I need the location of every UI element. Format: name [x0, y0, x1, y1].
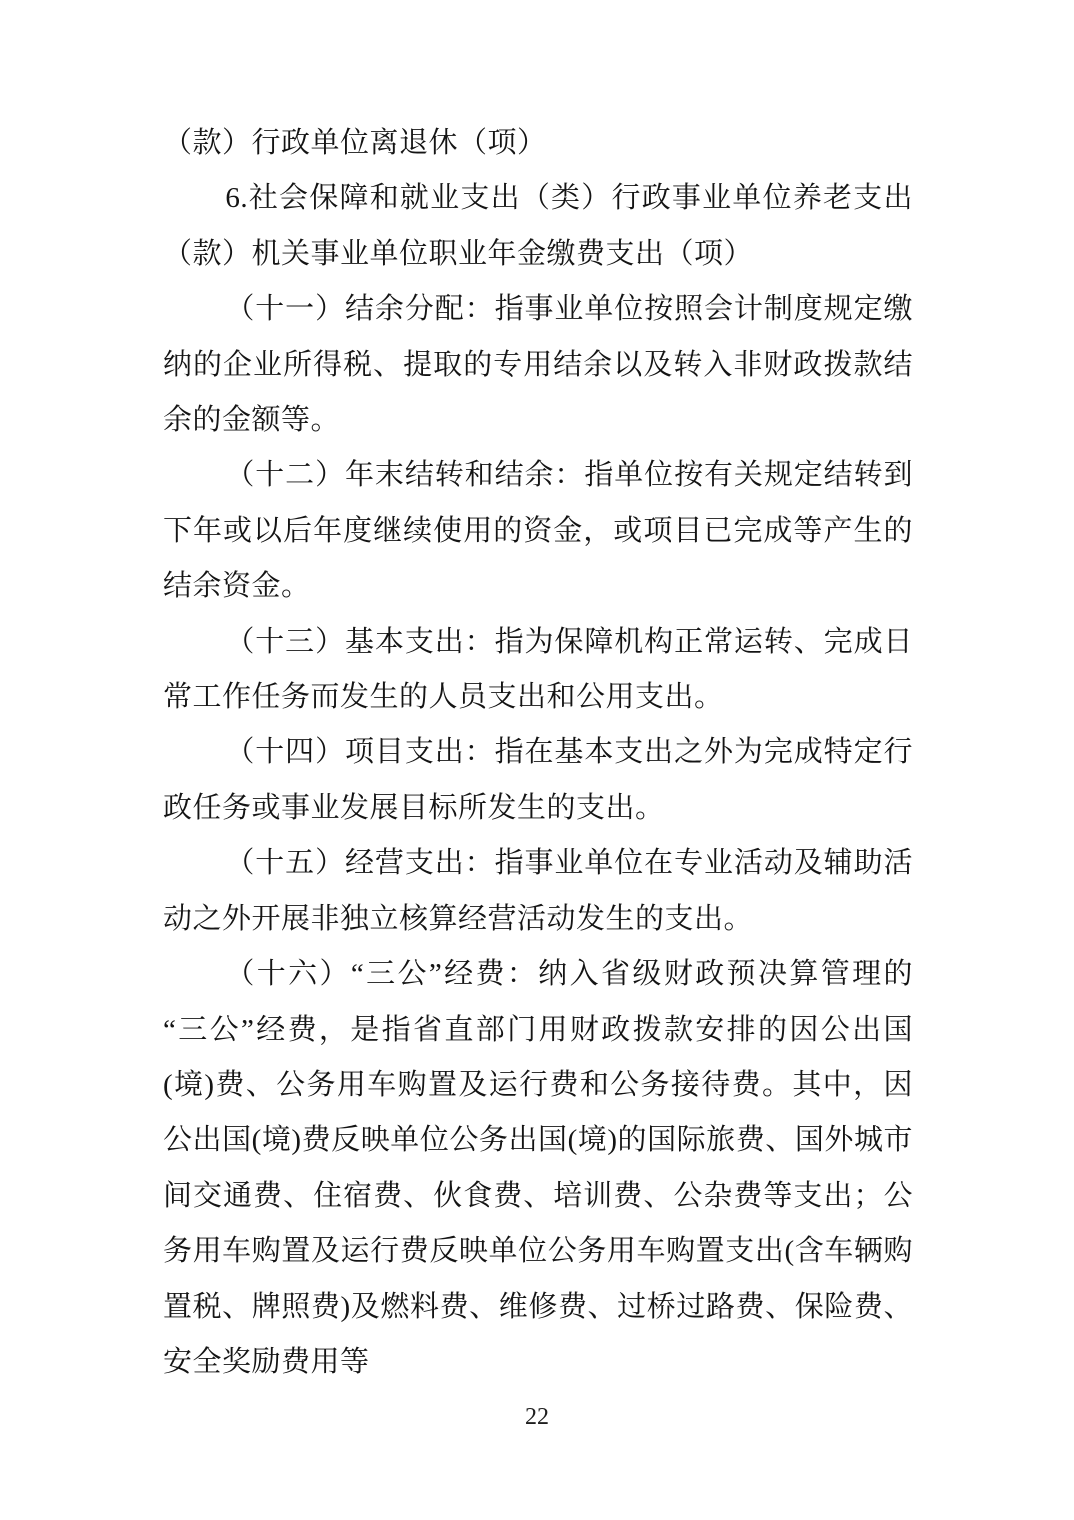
paragraph: （款）行政单位离退休（项）: [163, 116, 913, 171]
page-number: 22: [0, 1402, 1074, 1432]
paragraph: （十三）基本支出：指为保障机构正常运转、完成日常工作任务而发生的人员支出和公用支…: [163, 615, 913, 726]
paragraph: （十二）年末结转和结余：指单位按有关规定结转到下年或以后年度继续使用的资金，或项…: [163, 448, 913, 614]
paragraph: （十五）经营支出：指事业单位在专业活动及辅助活动之外开展非独立核算经营活动发生的…: [163, 836, 913, 947]
document-page: （款）行政单位离退休（项）6.社会保障和就业支出（类）行政事业单位养老支出（款）…: [0, 0, 1074, 1520]
paragraph: 6.社会保障和就业支出（类）行政事业单位养老支出（款）机关事业单位职业年金缴费支…: [163, 171, 913, 282]
paragraph: （十一）结余分配：指事业单位按照会计制度规定缴纳的企业所得税、提取的专用结余以及…: [163, 282, 913, 448]
paragraph: （十六）“三公”经费：纳入省级财政预决算管理的“三公”经费，是指省直部门用财政拨…: [163, 947, 913, 1390]
paragraph: （十四）项目支出：指在基本支出之外为完成特定行政任务或事业发展目标所发生的支出。: [163, 725, 913, 836]
document-body: （款）行政单位离退休（项）6.社会保障和就业支出（类）行政事业单位养老支出（款）…: [163, 116, 913, 1390]
